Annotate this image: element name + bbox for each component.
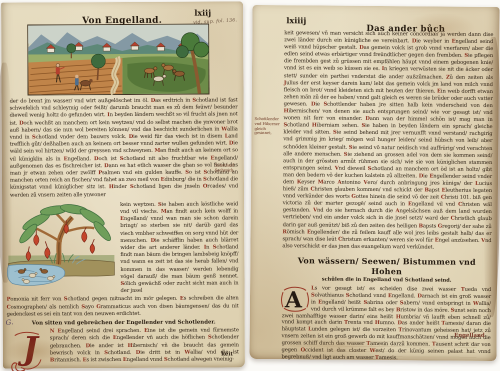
left-catchword: keit (221, 351, 233, 357)
right-initial-paragraph: A Ls vor gesagt ist/ es scheiden dise zw… (281, 285, 491, 363)
right-margin-note: Schottlender vnd Hiberner gleich gesinne… (254, 117, 280, 136)
handwritten-annotation: vid. sup. fol. 136. (193, 18, 237, 26)
section-subheading: schůlen die in Engelland vnd Schotland s… (282, 276, 491, 284)
svg-text:J: J (17, 330, 40, 368)
left-paragraph-2: Pomonia nit ferr von Schotland gegen mit… (7, 296, 239, 319)
left-margin-note: Schotland fischreich. (215, 163, 243, 173)
right-page-header: lxiiij Das ander bůch (252, 5, 499, 29)
decorated-initial-A: A (282, 286, 308, 312)
left-page: Von Engelland. lxiij vid. sup. fol. 136. (1, 1, 245, 368)
right-page: lxiiij Das ander bůch keit gewesen/ vñ m… (249, 5, 499, 361)
decorated-initial-J: J (11, 329, 47, 371)
handwritten-margin-mark: G. (5, 318, 14, 327)
left-paragraph-1: der do brent jm wasser/ vnd wirt außgelö… (10, 97, 239, 199)
left-page-header: Von Engelland. lxiij (1, 1, 243, 20)
right-paragraph-1: keit gewesen/ vñ man versicht sich auch … (282, 30, 493, 252)
right-paragraph-2: Ls vor gesagt ist/ es scheiden dise zwei… (281, 285, 491, 363)
left-running-title: Von Engelland. (82, 16, 162, 26)
left-initial-paragraph: J N Engelland seind drei sprachen. Eine … (11, 327, 239, 364)
right-catchword: Engelland (454, 333, 485, 339)
pond (7, 264, 65, 285)
tree-section: kein weytzen. Sie haben auch köstliche w… (6, 200, 238, 296)
landscape-woodcut (27, 24, 209, 96)
svg-text:A: A (284, 287, 303, 313)
goose-tree-woodcut (6, 201, 116, 290)
left-tree-paragraph: kein weytzen. Sie haben auch köstliche w… (120, 201, 238, 295)
left-folio-number: lxiij (194, 8, 211, 18)
right-folio-number: lxiiij (286, 15, 306, 25)
section-heading: Von wässern/ Seewen/ Bistummen vnd Hohen (282, 255, 491, 277)
book-scan: Von Engelland. lxiij vid. sup. fol. 136. (0, 0, 500, 371)
left-subheading: Von sitten vnd gebreüchen der Engellende… (3, 319, 245, 326)
right-running-title: Das ander bůch (366, 24, 445, 35)
